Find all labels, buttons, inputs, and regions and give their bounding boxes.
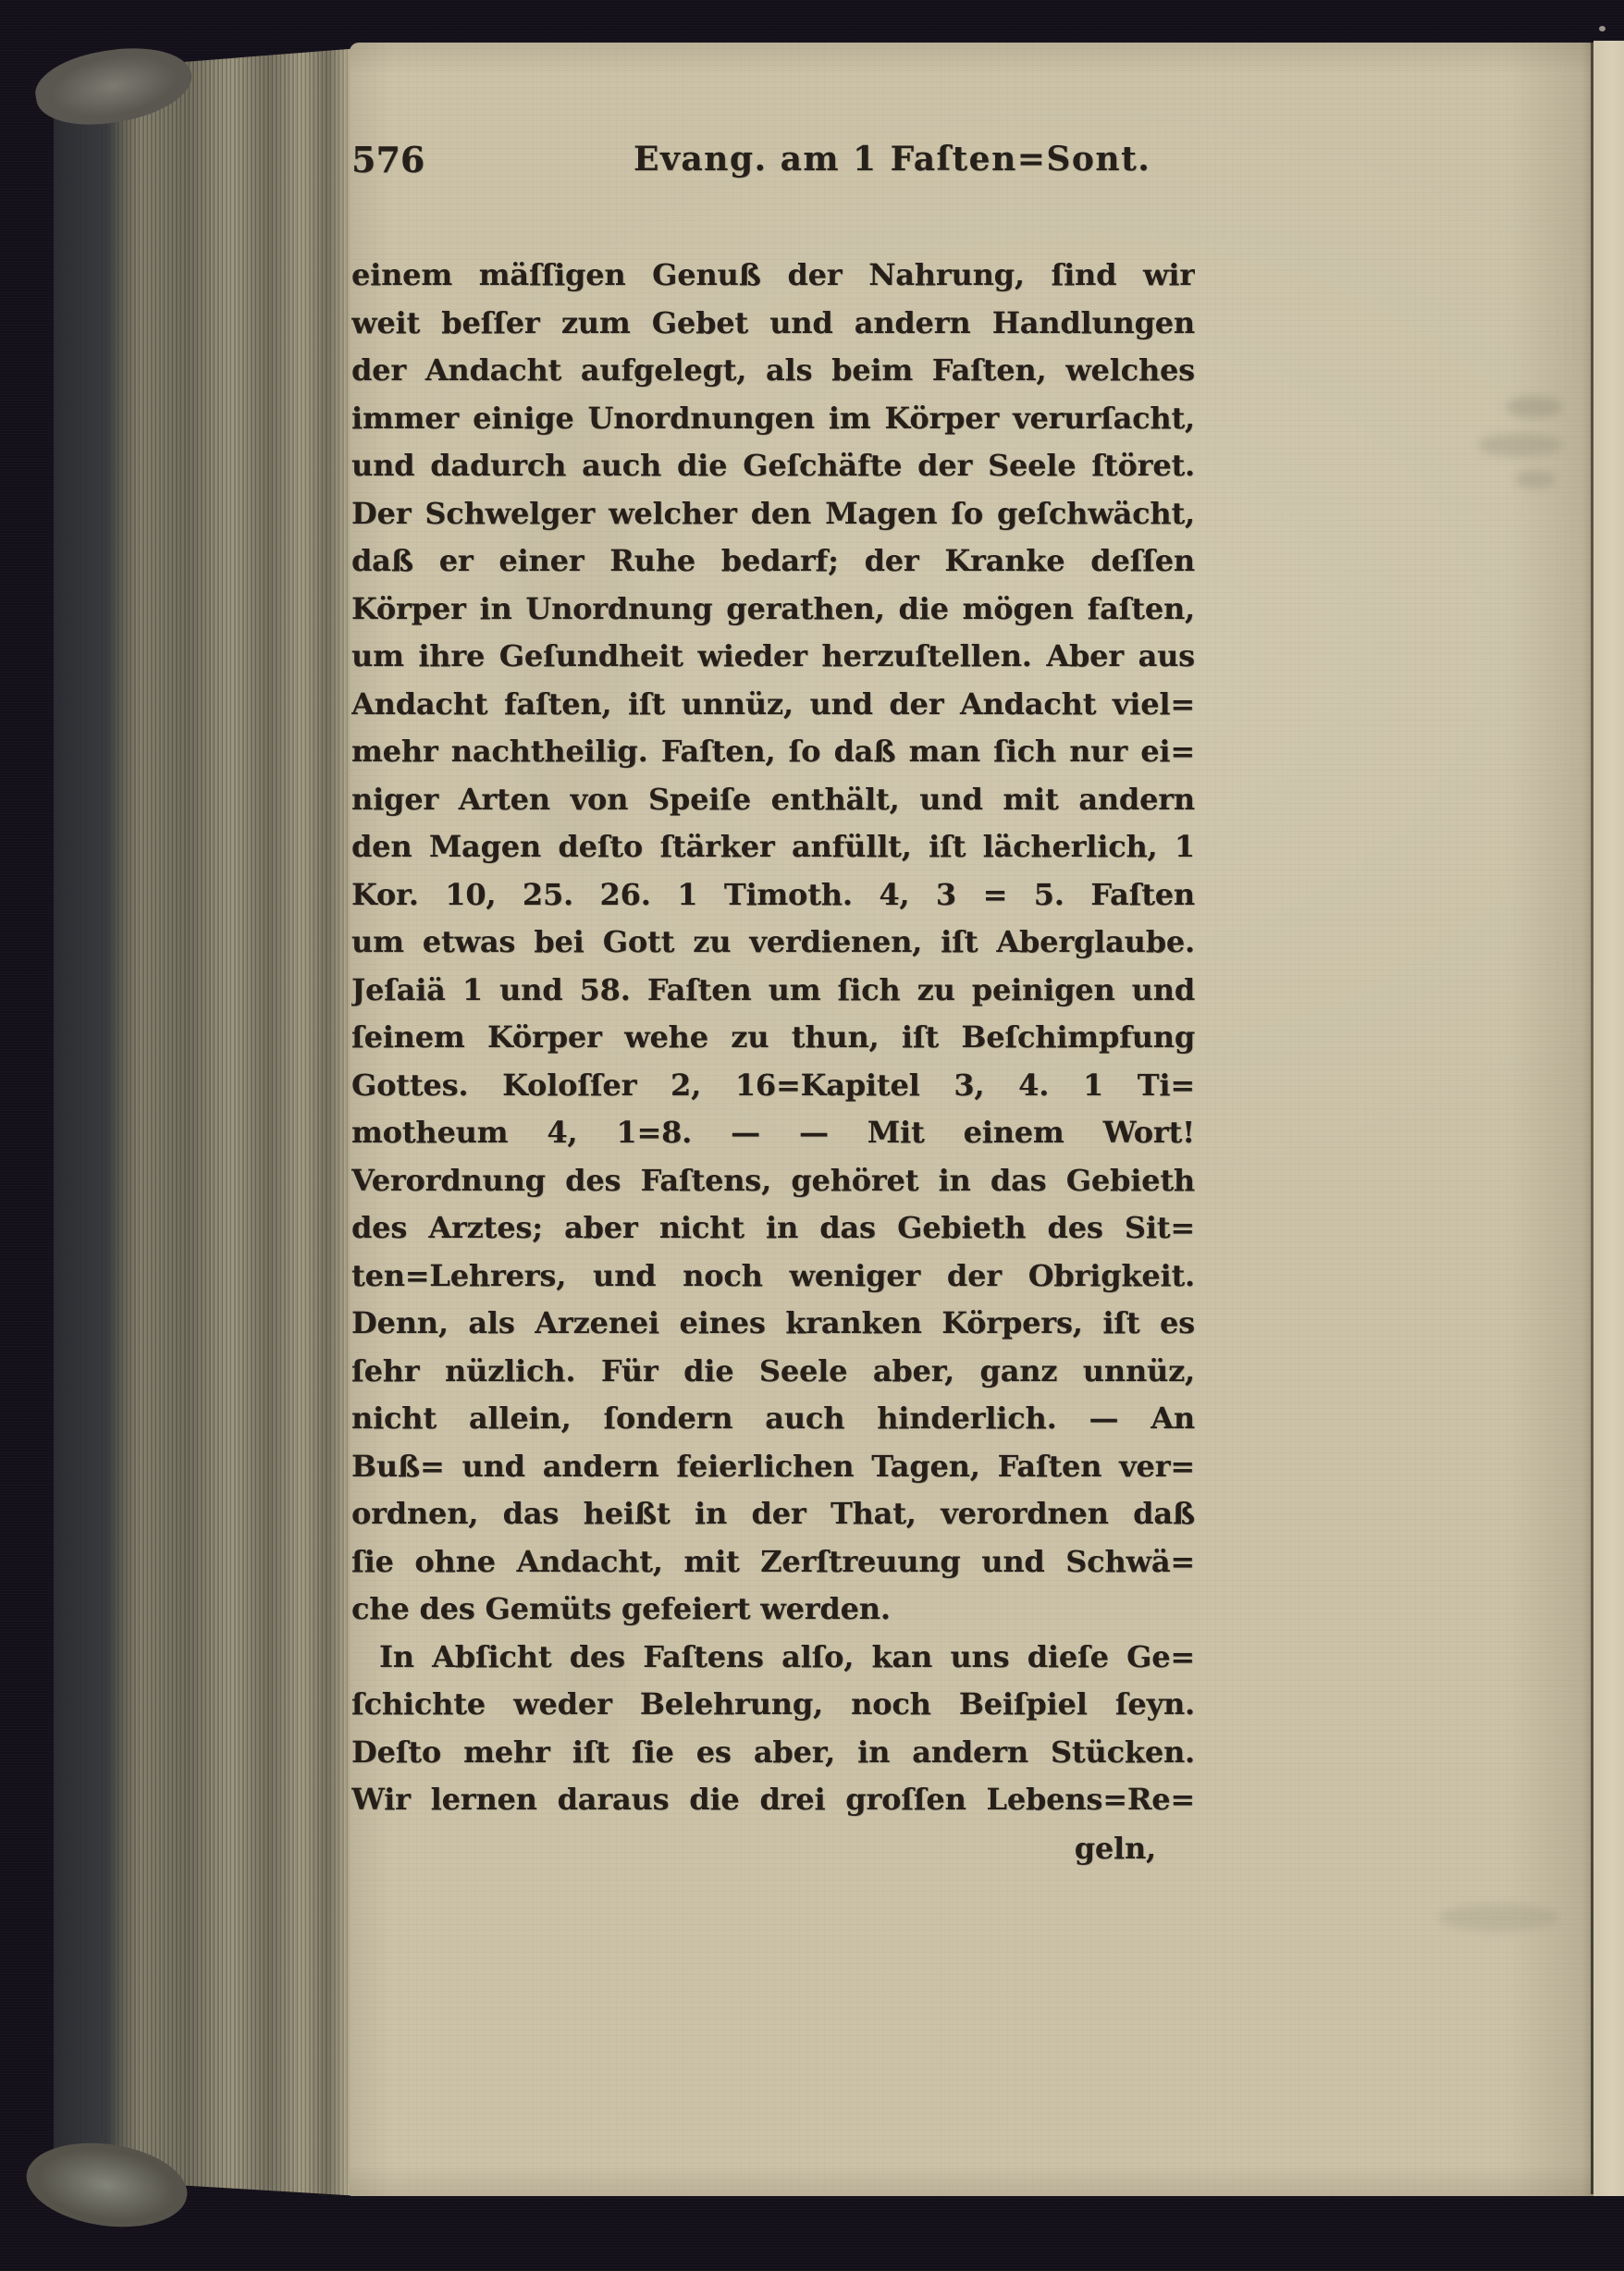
text-line: motheum 4, 1=8. — — Mit einem Wort! [351,1109,1195,1157]
body-text: einem mäſſigen Genuß der Nahrung, ſind w… [351,252,1195,1872]
text-line: ten=Lehrers, und noch weniger der Obrigk… [351,1253,1195,1301]
text-line: mehr nachtheilig. Faſten, ſo daß man ſic… [351,728,1195,776]
text-line: um etwas bei Gott zu verdienen, iſt Aber… [351,919,1195,967]
text-line: ſchichte weder Belehrung, noch Beiſpiel … [351,1681,1195,1729]
bleed-through-smudge [1515,470,1556,488]
text-line: Der Schwelger welcher den Magen ſo geſch… [351,490,1195,538]
text-line: der Andacht aufgelegt, als beim Faſten, … [351,347,1195,395]
text-line: weit beſſer zum Gebet und andern Handlun… [351,300,1195,348]
bleed-through-smudge [1439,1904,1559,1932]
text-line: Verordnung des Faſtens, gehöret in das G… [351,1157,1195,1205]
text-line: In Abſicht des Faſtens alſo, kan uns die… [351,1634,1195,1682]
text-line: Wir lernen daraus die drei groſſen Leben… [351,1776,1195,1824]
catchword: geln, [351,1824,1195,1872]
text-line: Körper in Unordnung gerathen, die mögen … [351,586,1195,634]
text-line: Gottes. Koloſſer 2, 16=Kapitel 3, 4. 1 T… [351,1062,1195,1110]
text-line: Denn, als Arzenei eines kranken Körpers,… [351,1300,1195,1348]
text-line: daß er einer Ruhe bedarf; der Kranke deſ… [351,537,1195,586]
text-line: Andacht faſten, iſt unnüz, und der Andac… [351,681,1195,729]
text-line: und dadurch auch die Geſchäfte der Seele… [351,442,1195,490]
text-line: ſie ohne Andacht, mit Zerſtreuung und Sc… [351,1538,1195,1586]
text-line: den Magen deſto ſtärker anfüllt, iſt läc… [351,823,1195,871]
next-page-edge [1593,41,1624,2196]
text-line: immer einige Unordnungen im Körper verur… [351,395,1195,443]
running-title: Evang. am 1 Faſten=Sont. [634,140,1150,179]
page-header: 576 Evang. am 1 Faſten=Sont. [351,139,1195,192]
dust-speck [1599,26,1606,31]
text-line: Jeſaiä 1 und 58. Faſten um ſich zu peini… [351,967,1195,1015]
text-line: Kor. 10, 25. 26. 1 Timoth. 4, 3 = 5. Faſ… [351,871,1195,920]
text-line: nicht allein, ſondern auch hinderlich. —… [351,1395,1195,1443]
text-line: um ihre Geſundheit wieder herzuſtellen. … [351,633,1195,681]
text-line: Buß= und andern feierlichen Tagen, Faſte… [351,1443,1195,1491]
text-line: einem mäſſigen Genuß der Nahrung, ſind w… [351,252,1195,300]
page-number: 576 [351,139,424,180]
bleed-through-smudge [1506,396,1563,418]
bleed-through-smudge [1478,433,1563,457]
text-line: ſeinem Körper wehe zu thun, iſt Beſchimp… [351,1014,1195,1062]
text-line: Deſto mehr iſt ſie es aber, in andern St… [351,1729,1195,1777]
text-line: des Arztes; aber nicht in das Gebieth de… [351,1204,1195,1253]
text-line: ordnen, das heißt in der That, verordnen… [351,1490,1195,1538]
text-line: ſehr nüzlich. Für die Seele aber, ganz u… [351,1348,1195,1396]
text-line: che des Gemüts gefeiert werden. [351,1586,1195,1634]
scanned-book-photo: { "book_page": { "page_number": "576", "… [0,0,1624,2271]
page-edge-stack [54,48,361,2196]
text-line: niger Arten von Speiſe enthält, und mit … [351,776,1195,824]
